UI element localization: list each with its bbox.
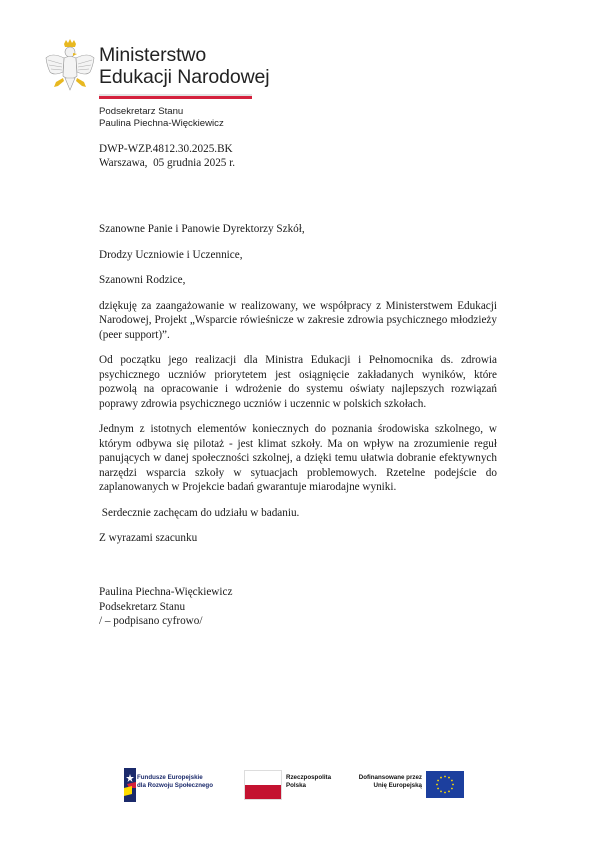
signature-title: Podsekretarz Stanu xyxy=(99,600,232,615)
signature-name: Paulina Piechna-Więckiewicz xyxy=(99,585,232,600)
salutation: Szanowni Rodzice, xyxy=(99,273,497,288)
signatory-name: Paulina Piechna-Więckiewicz xyxy=(99,118,224,130)
fe-line1: Fundusze Europejskie xyxy=(137,774,213,782)
ministry-name-line2: Edukacji Narodowej xyxy=(99,66,270,88)
flag-bar xyxy=(99,94,252,99)
ministry-name: Ministerstwo Edukacji Narodowej xyxy=(99,44,270,88)
fe-logo: Fundusze Europejskie dla Rozwoju Społecz… xyxy=(124,768,244,802)
eu-logo: Dofinansowane przez Unię Europejską xyxy=(352,768,474,802)
signatory-header: Podsekretarz Stanu Paulina Piechna-Więck… xyxy=(99,106,224,130)
case-number: DWP-WZP.4812.30.2025.BK xyxy=(99,142,235,156)
signatory-title: Podsekretarz Stanu xyxy=(99,106,224,118)
eu-flag-icon xyxy=(426,771,464,798)
european-funds-icon xyxy=(124,768,136,802)
rp-logo: Rzeczpospolita Polska xyxy=(244,768,344,802)
place-date: Warszawa, 05 grudnia 2025 r. xyxy=(99,156,235,170)
signature-block: Paulina Piechna-Więckiewicz Podsekretarz… xyxy=(99,585,232,629)
rp-line2: Polska xyxy=(286,782,331,790)
body-paragraph: Od początku jego realizacji dla Ministra… xyxy=(99,353,497,411)
signature-note: / – podpisano cyfrowo/ xyxy=(99,614,232,629)
eu-line1: Dofinansowane przez xyxy=(352,774,422,782)
body-paragraph: Jednym z istotnych elementów koniecznych… xyxy=(99,422,497,495)
body-paragraph: dziękuję za zaangażowanie w realizowany,… xyxy=(99,299,497,343)
salutation: Drodzy Uczniowie i Uczennice, xyxy=(99,248,497,263)
reference-block: DWP-WZP.4812.30.2025.BK Warszawa, 05 gru… xyxy=(99,142,235,170)
ministry-logo: Ministerstwo Edukacji Narodowej xyxy=(44,38,274,108)
closing: Z wyrazami szacunku xyxy=(99,531,497,546)
polish-eagle-emblem-icon xyxy=(44,38,96,100)
footer-logos: Fundusze Europejskie dla Rozwoju Społecz… xyxy=(124,768,474,804)
body-paragraph: Serdecznie zachęcam do udziału w badaniu… xyxy=(99,506,497,521)
polish-flag-icon xyxy=(244,770,282,800)
rp-line1: Rzeczpospolita xyxy=(286,774,331,782)
letter-body: Szanowne Panie i Panowie Dyrektorzy Szkó… xyxy=(99,222,497,557)
fe-line2: dla Rozwoju Społecznego xyxy=(137,782,213,790)
eu-line2: Unię Europejską xyxy=(352,782,422,790)
salutation: Szanowne Panie i Panowie Dyrektorzy Szkó… xyxy=(99,222,497,237)
ministry-name-line1: Ministerstwo xyxy=(99,44,270,66)
